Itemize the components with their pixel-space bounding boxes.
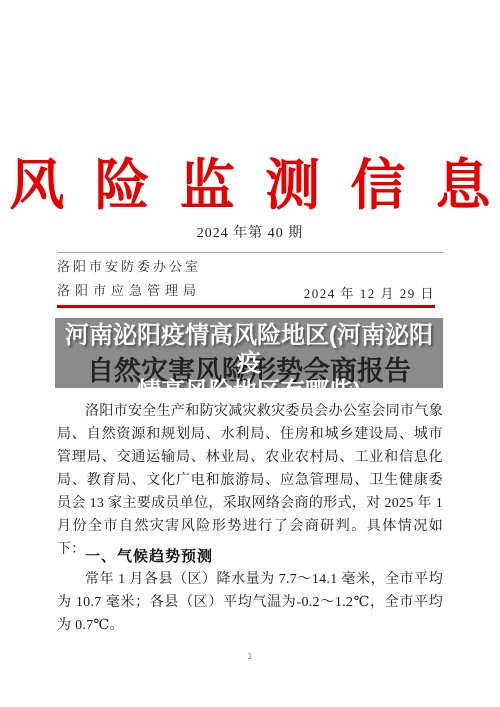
header-thin-rule — [57, 252, 443, 253]
document-masthead-title: 风 险 监 测 信 息 — [0, 141, 500, 220]
overlay-headline: 河南泌阳疫情高风险地区(河南泌阳疫 情高风险地区有哪些) — [55, 322, 443, 388]
issue-number: 2024 年第 40 期 — [0, 222, 500, 242]
body-paragraph-1: 洛阳市安全生产和防灾减灾救灾委员会办公室会同市气象局、自然资源和规划局、水利局、… — [57, 400, 443, 561]
overlay-headline-line1: 河南泌阳疫情高风险地区(河南泌阳疫 — [65, 322, 433, 377]
page-number: 1 — [0, 651, 500, 661]
section-heading-climate-trend: 一、气候趋势预测 — [85, 545, 213, 566]
document-page: 风 险 监 测 信 息 2024 年第 40 期 洛阳市安防委办公室 洛阳市应急… — [0, 0, 500, 707]
overlay-headline-line2: 情高风险地区有哪些) — [137, 378, 361, 388]
body-paragraph-2: 常年 1 月各县（区）降水量为 7.7～14.1 毫米，全市平均为 10.7 毫… — [57, 568, 443, 637]
issuing-org-line1: 洛阳市安防委办公室 — [57, 256, 201, 275]
issuing-org-line2: 洛阳市应急管理局 — [57, 280, 201, 299]
issue-date: 2024 年 12 月 29 日 — [304, 283, 435, 302]
headline-overlay-box: 自然灾害风险形势会商报告 河南泌阳疫情高风险地区(河南泌阳疫 情高风险地区有哪些… — [55, 318, 443, 388]
header-red-rule — [57, 305, 435, 308]
